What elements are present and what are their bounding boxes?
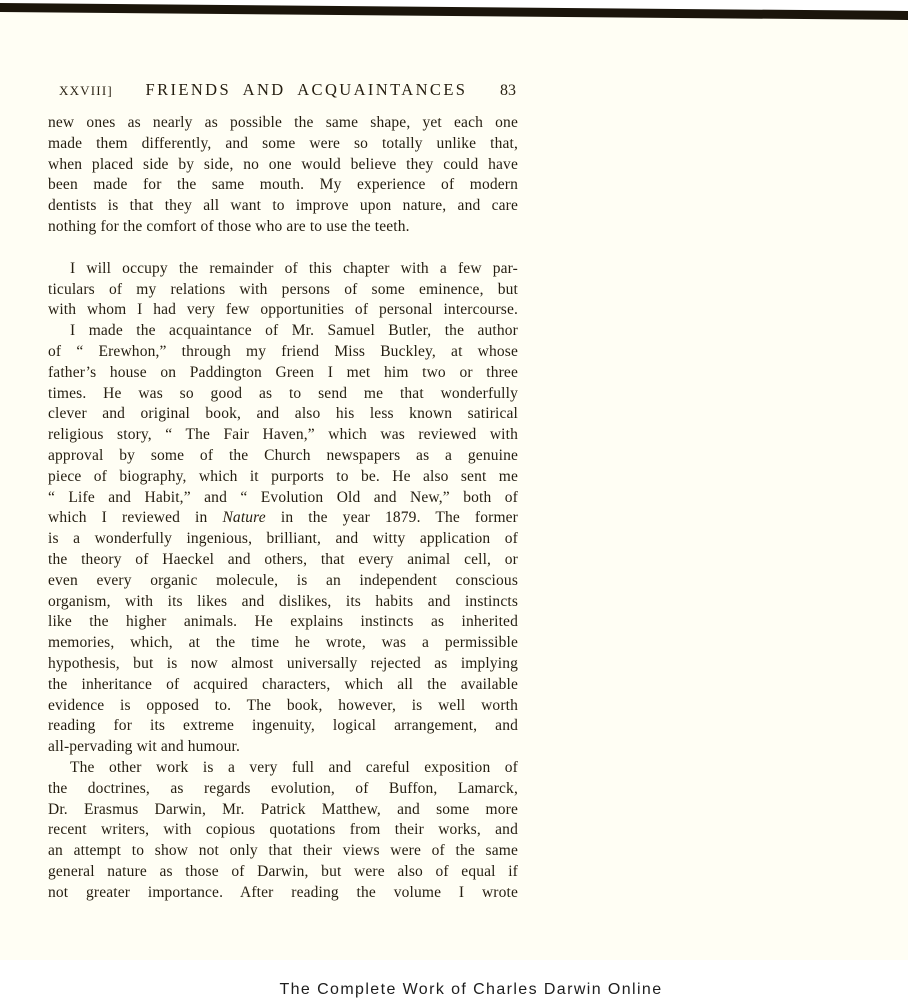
page-number: 83 <box>500 82 516 100</box>
text-line: dentists is that they all want to improv… <box>48 196 518 217</box>
text-line: piece of biography, which it purports to… <box>48 467 518 488</box>
text-line: reading for its extreme ingenuity, logic… <box>48 716 518 737</box>
text-line: general nature as those of Darwin, but w… <box>48 862 518 883</box>
paragraph: I will occupy the remainder of this chap… <box>48 259 518 321</box>
text-line: religious story, “ The Fair Haven,” whic… <box>48 425 518 446</box>
text-line: new ones as nearly as possible the same … <box>48 113 518 134</box>
text-line: the theory of Haeckel and others, that e… <box>48 550 518 571</box>
running-title: FRIENDS AND ACQUAINTANCES <box>113 80 500 100</box>
text-line: been made for the same mouth. My experie… <box>48 175 518 196</box>
text-line: nothing for the comfort of those who are… <box>48 217 518 238</box>
text-line: I made the acquaintance of Mr. Samuel Bu… <box>48 321 518 342</box>
text-line: clever and original book, and also his l… <box>48 404 518 425</box>
text-line: of “ Erewhon,” through my friend Miss Bu… <box>48 342 518 363</box>
text-line: not greater importance. After reading th… <box>48 883 518 904</box>
text-line: is a wonderfully ingenious, brilliant, a… <box>48 529 518 550</box>
scanned-page-view: XXVIII] FRIENDS AND ACQUAINTANCES 83 new… <box>0 0 908 1005</box>
footer-caption: The Complete Work of Charles Darwin Onli… <box>279 981 662 999</box>
text-line: made them differently, and some were so … <box>48 134 518 155</box>
paragraph: The other work is a very full and carefu… <box>48 758 518 904</box>
text-line: hypothesis, but is now almost universall… <box>48 654 518 675</box>
site-footer: The Complete Work of Charles Darwin Onli… <box>0 960 908 1005</box>
text-line: with whom I had very few opportunities o… <box>48 300 518 321</box>
paragraph: I made the acquaintance of Mr. Samuel Bu… <box>48 321 518 758</box>
text-line: ticulars of my relations with persons of… <box>48 280 518 301</box>
text-line: Dr. Erasmus Darwin, Mr. Patrick Matthew,… <box>48 800 518 821</box>
text-line: the doctrines, as regards evolution, of … <box>48 779 518 800</box>
text-line: all-pervading wit and humour. <box>48 737 518 758</box>
text-line: approval by some of the Church newspaper… <box>48 446 518 467</box>
text-line: recent writers, with copious quotations … <box>48 820 518 841</box>
text-line: like the higher animals. He explains ins… <box>48 612 518 633</box>
text-line: “ Life and Habit,” and “ Evolution Old a… <box>48 488 518 509</box>
text-line: when placed side by side, no one would b… <box>48 155 518 176</box>
chapter-number: XXVIII] <box>59 83 113 99</box>
text-line: even every organic molecule, is an indep… <box>48 571 518 592</box>
text-line: The other work is a very full and carefu… <box>48 758 518 779</box>
text-line: memories, which, at the time he wrote, w… <box>48 633 518 654</box>
text-line: which I reviewed in Nature in the year 1… <box>48 508 518 529</box>
text-line: organism, with its likes and dislikes, i… <box>48 592 518 613</box>
text-line: times. He was so good as to send me that… <box>48 384 518 405</box>
paragraph: new ones as nearly as possible the same … <box>48 113 518 238</box>
text-line: the inheritance of acquired characters, … <box>48 675 518 696</box>
text-line: an attempt to show not only that their v… <box>48 841 518 862</box>
running-header: XXVIII] FRIENDS AND ACQUAINTANCES 83 <box>48 80 518 100</box>
text-line: I will occupy the remainder of this chap… <box>48 259 518 280</box>
text-line: father’s house on Paddington Green I met… <box>48 363 518 384</box>
page-body: new ones as nearly as possible the same … <box>48 113 518 903</box>
book-page: XXVIII] FRIENDS AND ACQUAINTANCES 83 new… <box>0 12 908 960</box>
text-line: evidence is opposed to. The book, howeve… <box>48 696 518 717</box>
